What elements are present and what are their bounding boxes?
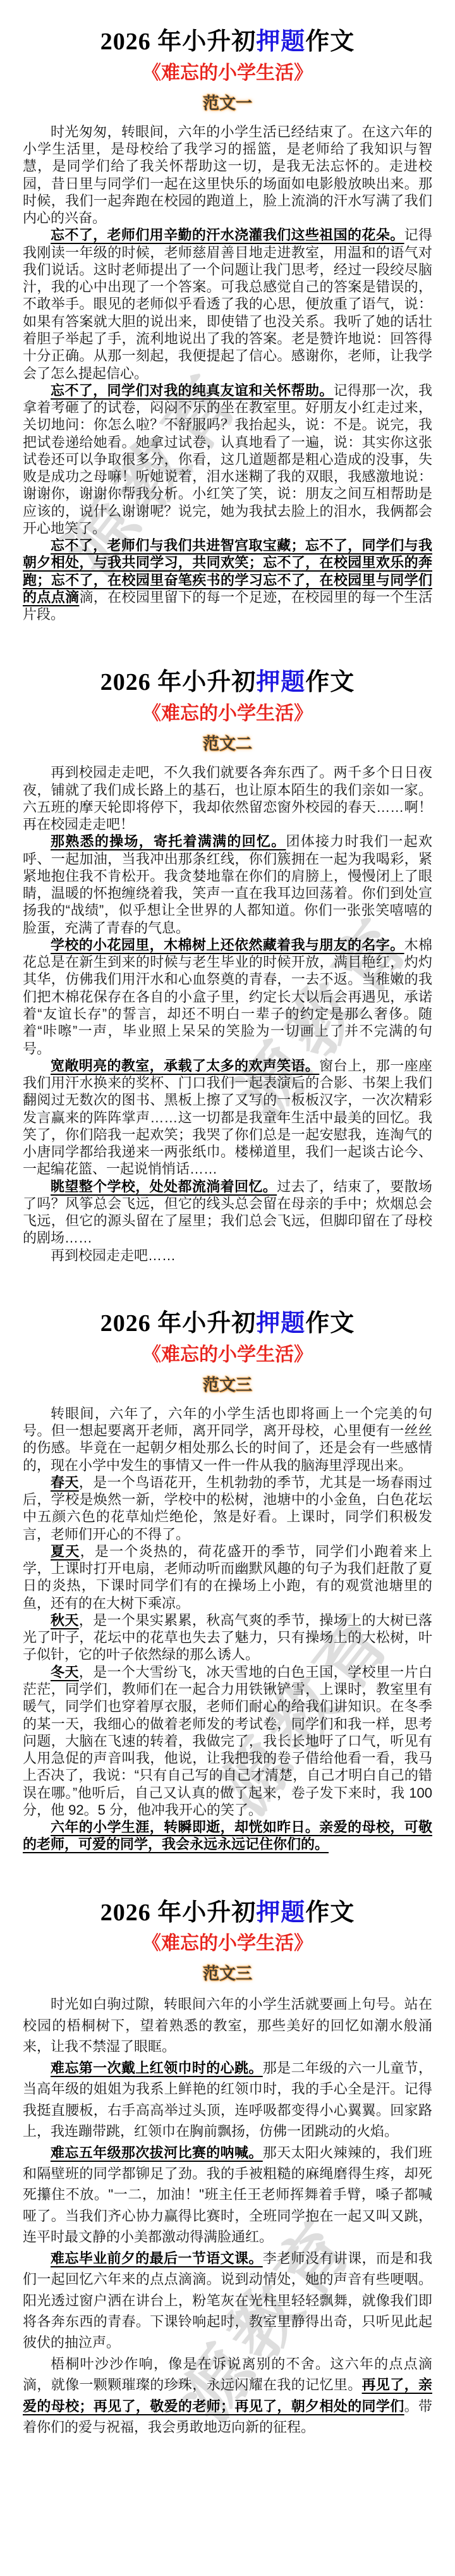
section-title: 2026 年小升初押题作文 (23, 668, 432, 697)
paragraph-text: 转眼间，六年了，六年的小学生活也即将画上一个完美的句号。但一想起要离开老师，离开… (23, 1406, 432, 1473)
title-highlight: 押题 (256, 669, 305, 696)
title-suffix: 作文 (305, 1310, 355, 1337)
section-label: 范文一 (23, 94, 432, 113)
title-prefix: 2026 年小升初 (100, 669, 257, 696)
section-label: 范文三 (23, 1375, 432, 1395)
paragraph-lead: 难忘毕业前夕的最后一节语文课。 (51, 2250, 263, 2266)
paragraph-text: ，是一个大雪纷飞，冰天雪地的白色王国，学校里一片白茫茫，同学们，教师们在一起合力… (23, 1664, 432, 1818)
essay-paragraph: 六年的小学生涯，转瞬即逝，却恍如昨日。亲爱的母校，可敬的老师，可爱的同学，我会永… (23, 1819, 432, 1853)
title-highlight: 押题 (256, 1899, 305, 1926)
paragraph-text: 滴，在校园里留下的每一个足迹，在校园里的每一个生活片段。 (23, 589, 432, 622)
paragraph-lead: 冬天 (51, 1664, 79, 1680)
essay-paragraph: 冬天，是一个大雪纷飞，冰天雪地的白色王国，学校里一片白茫茫，同学们，教师们在一起… (23, 1664, 432, 1819)
essay-paragraph: 秋天，是一个果实累累，秋高气爽的季节，操场上的大树已落光了叶子，花坛中的花草也失… (23, 1612, 432, 1664)
paragraph-text: 时光匆匆，转眼间，六年的小学生活已经结束了。在这六年的小学生活里，是母校给了我学… (23, 124, 432, 226)
essay-paragraph: 学校的小花园里，木棉树上还依然藏着我与朋友的名字。木棉花总是在新生到来的时候与老… (23, 936, 432, 1057)
title-highlight: 押题 (256, 1310, 305, 1337)
paragraph-lead: 秋天 (51, 1612, 79, 1628)
essay-paragraph: 时光如白驹过隙，转眼间六年的小学生活就要画上句号。站在校园的梧桐树下，望着熟悉的… (23, 1994, 432, 2057)
title-prefix: 2026 年小升初 (100, 1310, 257, 1337)
section-subtitle: 《难忘的小学生活》 (23, 1344, 432, 1366)
essay-paragraph: 春天，是一个鸟语花开，生机勃勃的季节，尤其是一场春雨过后，学校是焕然一新，学校中… (23, 1474, 432, 1543)
essay-paragraph: 忘不了，老师们与我们共进智宫取宝藏；忘不了，同学们与我朝夕相处，与我共同学习，共… (23, 537, 432, 623)
essay-paragraph: 时光匆匆，转眼间，六年的小学生活已经结束了。在这六年的小学生活里，是母校给了我学… (23, 123, 432, 227)
paragraph-text: 木棉花总是在新生到来的时候与老生毕业的时候开放，满目艳红，灼灼其华，仿佛我们用汗… (23, 937, 432, 1057)
essay-paragraph: 宽敞明亮的教室，承载了太多的欢声笑语。窗台上，那一座座我们用汗水换来的奖杯、门口… (23, 1057, 432, 1178)
essay-document: 2026 年小升初押题作文《难忘的小学生活》范文一时光匆匆，转眼间，六年的小学生… (0, 0, 455, 2438)
paragraph-lead: 学校的小花园里，木棉树上还依然藏着我与朋友的名字。 (51, 937, 404, 953)
section-label: 范文三 (23, 1964, 432, 1984)
paragraph-lead: 忘不了，同学们对我的纯真友谊和关怀帮助。 (51, 383, 334, 398)
title-prefix: 2026 年小升初 (100, 28, 257, 55)
paragraph-text: 记得我刚读一年级的时候，老师慈眉善目地走进教室，用温和的语气对我们说话。这时老师… (23, 227, 432, 381)
section-label: 范文二 (23, 734, 432, 754)
section-subtitle: 《难忘的小学生活》 (23, 1932, 432, 1955)
paragraph-text: 再到校园走走吧，不久我们就要各奔东西了。两千多个日日夜夜，铺就了我们成长路上的基… (23, 764, 432, 832)
essay-paragraph: 再到校园走走吧，不久我们就要各奔东西了。两千多个日日夜夜，铺就了我们成长路上的基… (23, 764, 432, 833)
essay-section: 2026 年小升初押题作文《难忘的小学生活》范文三转眼间，六年了，六年的小学生活… (0, 1309, 455, 1853)
paragraph-lead: 那熟悉的操场，寄托着满满的回忆。 (51, 833, 286, 849)
paragraph-text: 再到校园走走吧…… (51, 1248, 176, 1263)
paragraph-text: 记得那一次，我拿着考砸了的试卷，闷闷不乐的坐在教室里。好朋友小红走过来，关切地问… (23, 383, 432, 536)
section-title: 2026 年小升初押题作文 (23, 1309, 432, 1339)
paragraph-text: ，是一个炎热的，荷花盛开的季节，同学们小跑着来上学，上课时打开电扇，老师动听而幽… (23, 1543, 432, 1611)
essay-paragraph: 难忘五年级那次拔河比赛的呐喊。那天太阳火辣辣的，我们班和隔壁班的同学都铆足了劲。… (23, 2142, 432, 2248)
paragraph-lead: 忘不了，老师们用辛勤的汗水浇灌我们这些祖国的花朵。 (51, 227, 404, 243)
section-subtitle: 《难忘的小学生活》 (23, 62, 432, 85)
paragraph-lead: 宽敞明亮的教室，承载了太多的欢声笑语。 (51, 1058, 319, 1074)
essay-paragraph: 梧桐叶沙沙作响，像是在诉说离别的不舍。这六年的点点滴滴，就像一颗颗璀璨的珍珠，永… (23, 2353, 432, 2438)
essay-paragraph: 夏天，是一个炎热的，荷花盛开的季节，同学们小跑着来上学，上课时打开电扇，老师动听… (23, 1543, 432, 1612)
title-suffix: 作文 (305, 1899, 355, 1926)
title-prefix: 2026 年小升初 (100, 1899, 257, 1926)
title-suffix: 作文 (305, 669, 355, 696)
paragraph-text: 窗台上，那一座座我们用汗水换来的奖杯、门口我们一起表演后的合影、书架上我们翻阅过… (23, 1058, 432, 1177)
paragraph-text: 时光如白驹过隙，转眼间六年的小学生活就要画上句号。站在校园的梧桐树下，望着熟悉的… (23, 1996, 432, 2054)
essay-paragraph: 转眼间，六年了，六年的小学生活也即将画上一个完美的句号。但一想起要离开老师，离开… (23, 1405, 432, 1474)
essay-paragraph: 再到校园走走吧…… (23, 1247, 432, 1264)
essay-section: 2026 年小升初押题作文《难忘的小学生活》范文一时光匆匆，转眼间，六年的小学生… (0, 0, 455, 623)
essay-paragraph: 忘不了，同学们对我的纯真友谊和关怀帮助。记得那一次，我拿着考砸了的试卷，闷闷不乐… (23, 382, 432, 537)
title-suffix: 作文 (305, 28, 355, 55)
title-highlight: 押题 (256, 28, 305, 55)
paragraph-lead: 春天 (51, 1475, 79, 1490)
section-title: 2026 年小升初押题作文 (23, 1899, 432, 1928)
essay-paragraph: 眺望整个学校，处处都流淌着回忆。过去了，结束了，要散场了吗？风筝总会飞远，但它的… (23, 1178, 432, 1247)
paragraph-text: ，是一个果实累累，秋高气爽的季节，操场上的大树已落光了叶子，花坛中的花草也失去了… (23, 1612, 432, 1663)
paragraph-lead: 夏天 (51, 1543, 80, 1559)
section-title: 2026 年小升初押题作文 (23, 28, 432, 57)
paragraph-lead: 六年的小学生涯，转瞬即逝，却恍如昨日。亲爱的母校，可敬的老师，可爱的同学，我会永… (23, 1819, 432, 1852)
section-subtitle: 《难忘的小学生活》 (23, 702, 432, 725)
essay-paragraph: 难忘第一次戴上红领巾时的心跳。那是二年级的六一儿童节，当高年级的姐姐为我系上鲜艳… (23, 2058, 432, 2142)
paragraph-text: ，是一个鸟语花开，生机勃勃的季节，尤其是一场春雨过后，学校是焕然一新，学校中的松… (23, 1475, 432, 1542)
essay-section: 2026 年小升初押题作文《难忘的小学生活》范文三时光如白驹过隙，转眼间六年的小… (0, 1899, 455, 2438)
essay-section: 2026 年小升初押题作文《难忘的小学生活》范文二再到校园走走吧，不久我们就要各… (0, 668, 455, 1263)
paragraph-lead: 难忘第一次戴上红领巾时的心跳。 (51, 2060, 263, 2076)
essay-paragraph: 那熟悉的操场，寄托着满满的回忆。团体接力时我们一起欢呼、一起加油，当我冲出那条红… (23, 833, 432, 936)
paragraph-lead: 眺望整个学校，处处都流淌着回忆。 (51, 1179, 277, 1194)
essay-paragraph: 难忘毕业前夕的最后一节语文课。李老师没有讲课，而是和我们一起回忆六年来的点点滴滴… (23, 2248, 432, 2353)
paragraph-lead: 难忘五年级那次拔河比赛的呐喊。 (51, 2145, 263, 2161)
essay-paragraph: 忘不了，老师们用辛勤的汗水浇灌我们这些祖国的花朵。记得我刚读一年级的时候，老师慈… (23, 226, 432, 381)
